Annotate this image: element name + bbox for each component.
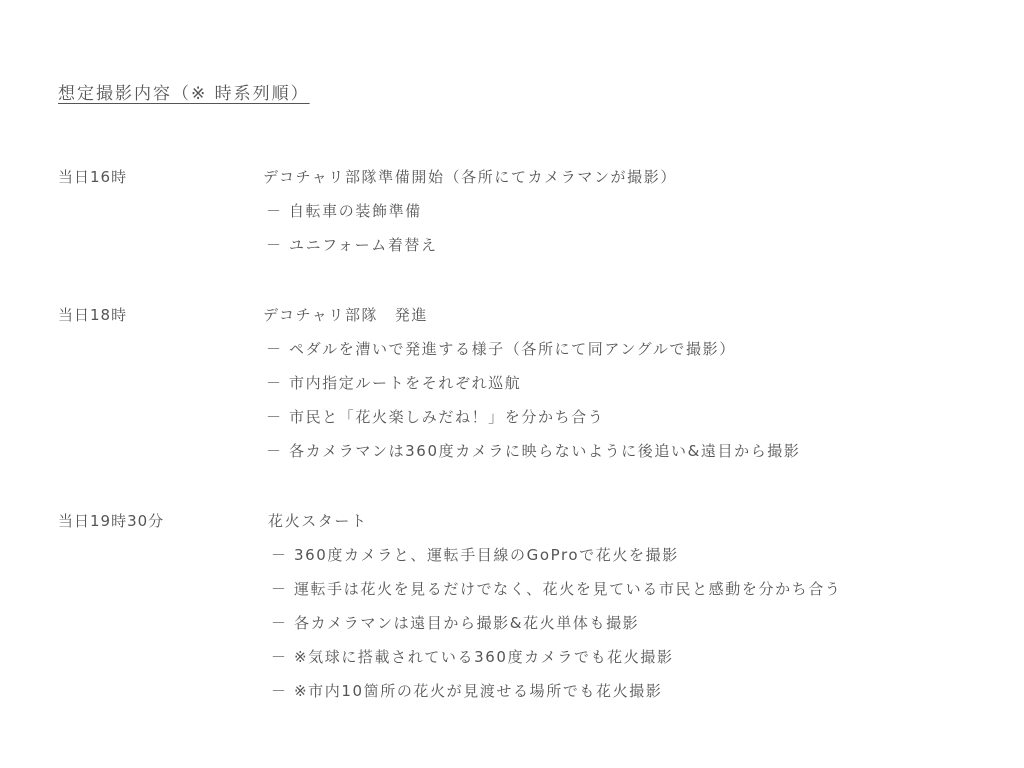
list-item: － 360度カメラと、運転手目線のGoProで花火を撮影 — [271, 544, 679, 565]
section-heading: デコチャリ部隊準備開始（各所にてカメラマンが撮影） — [263, 166, 677, 187]
list-item: － ペダルを漕いで発進する様子（各所にて同アングルで撮影） — [266, 338, 736, 359]
list-item: － 自転車の装飾準備 — [266, 200, 422, 221]
time-label-1930: 当日19時30分 — [58, 510, 164, 531]
list-item: － 運転手は花火を見るだけでなく、花火を見ている市民と感動を分かち合う — [271, 578, 841, 599]
list-item: － ユニフォーム着替え — [266, 234, 438, 255]
document-title: 想定撮影内容（※ 時系列順） — [58, 79, 310, 104]
section-heading: 花火スタート — [268, 510, 368, 531]
list-item: － 各カメラマンは360度カメラに映らないように後追い&遠目から撮影 — [266, 440, 801, 461]
time-label-18: 当日18時 — [58, 304, 127, 325]
list-item: － 各カメラマンは遠目から撮影&花火単体も撮影 — [271, 612, 639, 633]
section-heading: デコチャリ部隊 発進 — [263, 304, 428, 325]
list-item: － ※気球に搭載されている360度カメラでも花火撮影 — [271, 646, 674, 667]
list-item: － 市民と「花火楽しみだね！」を分かち合う — [266, 406, 604, 427]
time-label-16: 当日16時 — [58, 166, 127, 187]
list-item: － ※市内10箇所の花火が見渡せる場所でも花火撮影 — [271, 680, 662, 701]
list-item: － 市内指定ルートをそれぞれ巡航 — [266, 372, 521, 393]
